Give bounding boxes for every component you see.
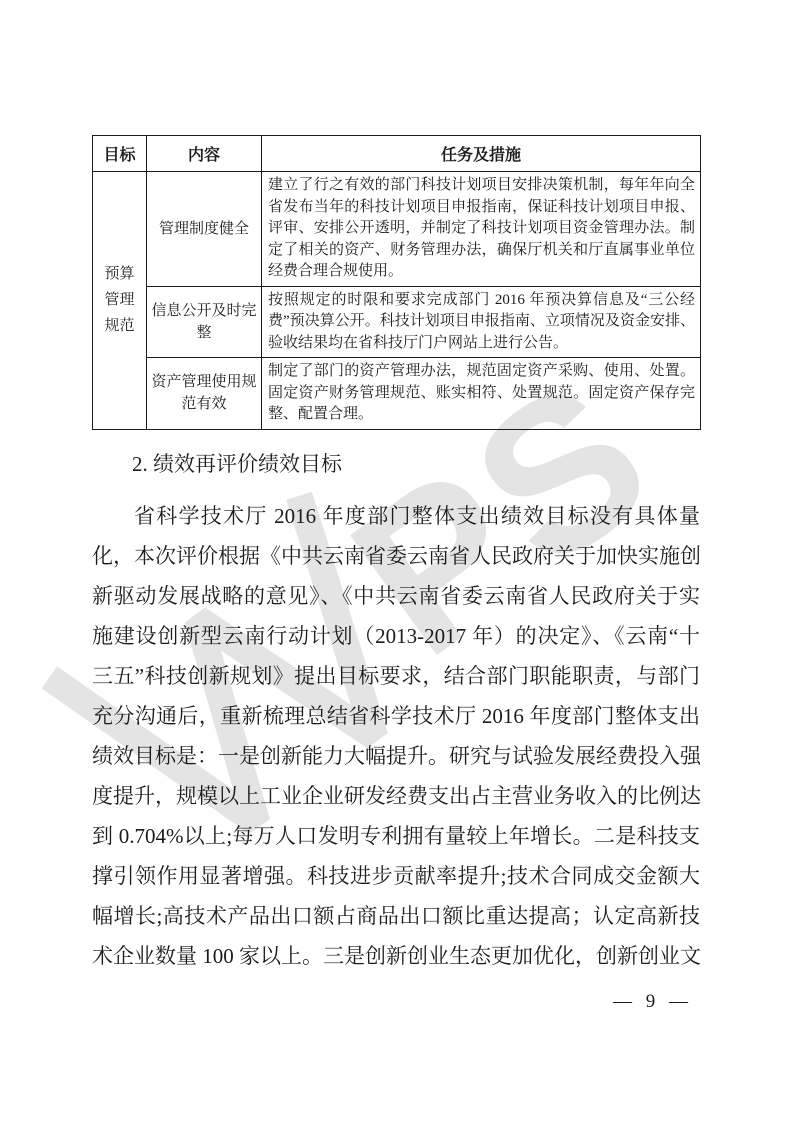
col-header-goal: 目标 [93, 136, 147, 172]
task-cell: 制定了部门的资产管理办法，规范固定资产采购、使用、处置。固定资产财务管理规范、账… [262, 358, 701, 430]
table-row: 预算管理规范 管理制度健全 建立了行之有效的部门科技计划项目安排决策机制，每年年… [93, 172, 701, 287]
paragraph-line: 新驱动发展战略的意见》、《中共云南省委云南省人民政府关于实 [92, 576, 700, 616]
paragraph-line: 三五”科技创新规划》提出目标要求，结合部门职能职责，与部门 [92, 656, 700, 696]
col-header-tasks: 任务及措施 [262, 136, 701, 172]
task-cell: 建立了行之有效的部门科技计划项目安排决策机制，每年年向全省发布当年的科技计划项目… [262, 172, 701, 287]
table-header-row: 目标 内容 任务及措施 [93, 136, 701, 172]
content-cell: 信息公开及时完整 [147, 286, 262, 358]
paragraph-line: 化，本次评价根据《中共云南省委云南省人民政府关于加快实施创 [92, 536, 700, 576]
document-page: PS 目标 内容 任务及措施 预算管理规范 管理制度健全 [0, 0, 793, 1122]
task-cell: 按照规定的时限和要求完成部门 2016 年预决算信息及“三公经费”预决算公开。科… [262, 286, 701, 358]
goal-cell: 预算管理规范 [93, 172, 147, 430]
paragraph-line: 到 0.704%以上;每万人口发明专利拥有量较上年增长。二是科技支 [92, 816, 700, 856]
table-row: 信息公开及时完整 按照规定的时限和要求完成部门 2016 年预决算信息及“三公经… [93, 286, 701, 358]
page-number: — 9 — [613, 991, 689, 1013]
table-row: 资产管理使用规范有效 制定了部门的资产管理办法，规范固定资产采购、使用、处置。固… [93, 358, 701, 430]
col-header-content: 内容 [147, 136, 262, 172]
goals-table: 目标 内容 任务及措施 预算管理规范 管理制度健全 建立了行之有效的部门科技计划… [92, 135, 701, 430]
paragraph-line: 施建设创新型云南行动计划（2013-2017 年）的决定》、《云南“十 [92, 616, 700, 656]
paragraph-line: 幅增长;高技术产品出口额占商品出口额比重达提高；认定高新技 [92, 896, 700, 936]
paragraph-line: 充分沟通后，重新梳理总结省科学技术厅 2016 年度部门整体支出 [92, 696, 700, 736]
paragraph-line: 绩效目标是：一是创新能力大幅提升。研究与试验发展经费投入强 [92, 736, 700, 776]
paragraph-line: 度提升，规模以上工业企业研发经费支出占主营业务收入的比例达 [92, 776, 700, 816]
paragraph-line: 撑引领作用显著增强。科技进步贡献率提升;技术合同成交金额大 [92, 856, 700, 896]
paragraph-line: 术企业数量 100 家以上。三是创新创业生态更加优化，创新创业文 [92, 936, 700, 976]
content-cell: 管理制度健全 [147, 172, 262, 287]
body-paragraph: 省科学技术厅 2016 年度部门整体支出绩效目标没有具体量 化，本次评价根据《中… [92, 496, 700, 976]
section-heading: 2. 绩效再评价绩效目标 [92, 444, 700, 484]
document-content: 目标 内容 任务及措施 预算管理规范 管理制度健全 建立了行之有效的部门科技计划… [92, 135, 700, 976]
paragraph-line: 省科学技术厅 2016 年度部门整体支出绩效目标没有具体量 [92, 496, 700, 536]
content-cell: 资产管理使用规范有效 [147, 358, 262, 430]
